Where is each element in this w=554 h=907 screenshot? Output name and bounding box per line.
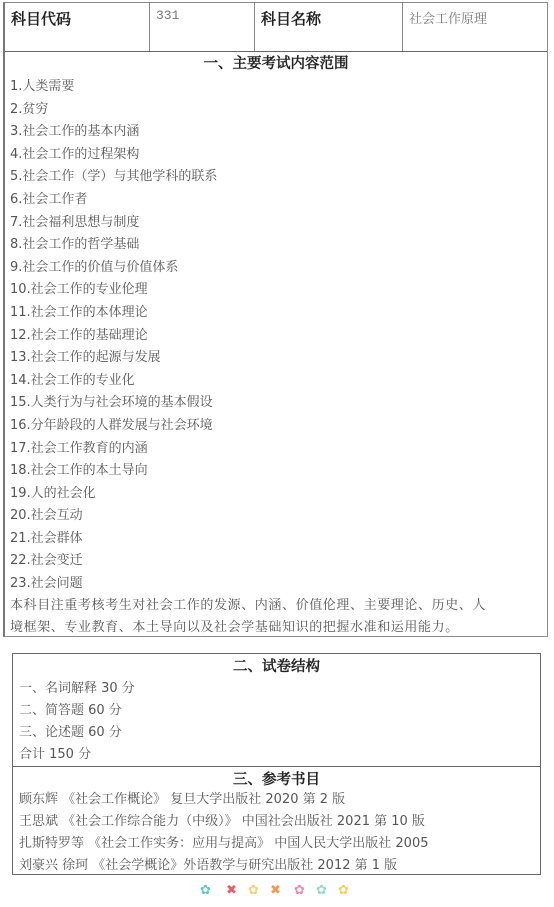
flower-icon: ✖	[270, 884, 281, 897]
subject-code-value: 331	[150, 3, 255, 51]
list-item: 1.人类需要	[10, 76, 217, 99]
exam-structure-table: 二、试卷结构 一、名词解释 30 分 二、简答题 60 分 三、论述题 60 分…	[12, 653, 541, 875]
list-item: 4.社会工作的过程架构	[10, 144, 217, 167]
list-item: 13.社会工作的起源与发展	[10, 347, 217, 370]
list-item: 14.社会工作的专业化	[10, 370, 217, 393]
subject-name-value: 社会工作原理	[403, 3, 548, 51]
decorative-flower-divider: ✿ ✖ ✿ ✖ ✿ ✿ ✿	[0, 884, 554, 902]
scope-summary: 本科目注重考核考生对社会工作的发源、内涵、价值伦理、主要理论、历史、人 境框架、…	[10, 595, 546, 639]
scope-list: 1.人类需要 2.贫穷 3.社会工作的基本内涵 4.社会工作的过程架构 5.社会…	[10, 76, 217, 596]
list-item: 8.社会工作的哲学基础	[10, 234, 217, 257]
subject-header-row: 科目代码 331 科目名称 社会工作原理	[5, 3, 547, 52]
reference-book: 顾东辉 《社会工作概论》 复旦大学出版社 2020 第 2 版	[13, 789, 540, 811]
list-item: 20.社会互动	[10, 505, 217, 528]
list-item: 22.社会变迁	[10, 550, 217, 573]
flower-icon: ✿	[316, 884, 327, 897]
list-item: 19.人的社会化	[10, 483, 217, 506]
subject-code-label: 科目代码	[5, 3, 150, 51]
reference-book: 扎斯特罗等 《社会工作实务：应用与提高》 中国人民大学出版社 2005	[13, 833, 540, 855]
reference-book: 王思斌 《社会工作综合能力（中级）》 中国社会出版社 2021 第 10 版	[13, 811, 540, 833]
section-title-references: 三、参考书目	[13, 767, 540, 789]
list-item: 21.社会群体	[10, 528, 217, 551]
flower-icon: ✿	[248, 884, 259, 897]
structure-row: 三、论述题 60 分	[13, 722, 540, 744]
list-item: 7.社会福利思想与制度	[10, 212, 217, 235]
section-title-scope: 一、主要考试内容范围	[5, 53, 547, 75]
section-title-structure: 二、试卷结构	[13, 654, 540, 678]
reference-book: 刘豪兴 徐珂 《社会学概论》外语教学与研究出版社 2012 第 1 版	[13, 855, 540, 877]
summary-line-1: 本科目注重考核考生对社会工作的发源、内涵、价值伦理、主要理论、历史、人	[10, 595, 546, 617]
flower-icon: ✖	[226, 884, 237, 897]
list-item: 18.社会工作的本土导向	[10, 460, 217, 483]
subject-name-label: 科目名称	[255, 3, 403, 51]
list-item: 6.社会工作者	[10, 189, 217, 212]
structure-row-total: 合计 150 分	[13, 744, 540, 766]
flower-icon: ✿	[200, 884, 211, 897]
structure-row: 二、简答题 60 分	[13, 700, 540, 722]
list-item: 5.社会工作（学）与其他学科的联系	[10, 166, 217, 189]
flower-icon: ✿	[294, 884, 305, 897]
list-item: 15.人类行为与社会环境的基本假设	[10, 392, 217, 415]
list-item: 10.社会工作的专业伦理	[10, 279, 217, 302]
list-item: 11.社会工作的本体理论	[10, 302, 217, 325]
list-item: 12.社会工作的基础理论	[10, 325, 217, 348]
list-item: 9.社会工作的价值与价值体系	[10, 257, 217, 280]
list-item: 2.贫穷	[10, 99, 217, 122]
list-item: 3.社会工作的基本内涵	[10, 121, 217, 144]
list-item: 17.社会工作教育的内涵	[10, 438, 217, 461]
exam-scope-table: 科目代码 331 科目名称 社会工作原理 一、主要考试内容范围 1.人类需要 2…	[3, 2, 548, 637]
list-item: 23.社会问题	[10, 573, 217, 596]
structure-row: 一、名词解释 30 分	[13, 678, 540, 700]
summary-line-2: 境框架、专业教育、本土导向以及社会学基础知识的把握水准和运用能力。	[10, 617, 546, 639]
flower-icon: ✿	[338, 884, 349, 897]
list-item: 16.分年龄段的人群发展与社会环境	[10, 415, 217, 438]
